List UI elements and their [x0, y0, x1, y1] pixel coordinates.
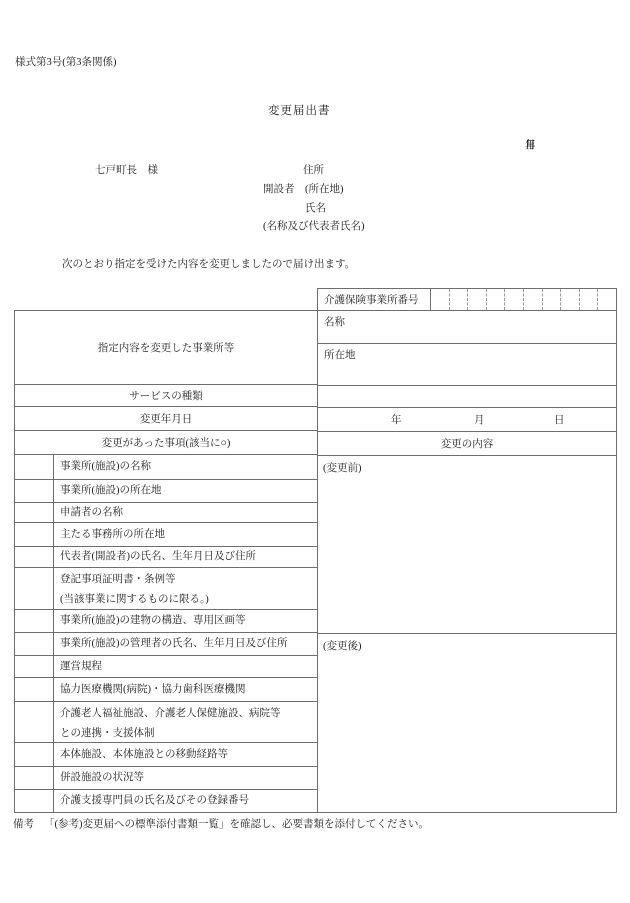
applicant-name-sub-label: (名称及び代表者氏名) — [263, 218, 365, 233]
change-date-label: 変更年月日 — [140, 411, 193, 426]
after-change-cell[interactable]: (変更後) — [318, 634, 616, 812]
insurance-number-digits — [431, 289, 616, 310]
office-name-label: 名称 — [324, 317, 345, 328]
changed-item-row: 事業所(施設)の管理者の氏名、生年月日及び住所 — [15, 633, 317, 656]
item-label: 事業所(施設)の管理者の氏名、生年月日及び住所 — [60, 634, 317, 654]
table-right-column: 名称 所在地 年 月 日 変更の内容 (変更前) (変更後) — [318, 311, 616, 812]
item-check-cell[interactable] — [15, 480, 54, 502]
item-check-cell[interactable] — [15, 743, 54, 766]
changed-item-row: 本体施設、本体施設との移動経路等 — [15, 743, 317, 767]
applicant-address-label: 住所 — [303, 162, 324, 177]
applicant-name-label: 氏名 — [305, 200, 326, 215]
addressee: 七戸町長 様 — [95, 162, 158, 177]
item-check-cell[interactable] — [15, 455, 54, 479]
item-check-cell[interactable] — [15, 610, 54, 632]
changed-office-header-cell: 指定内容を変更した事業所等 — [15, 311, 317, 385]
change-detail-header-cell: 変更の内容 — [318, 432, 616, 456]
insurance-number-digit-cell[interactable] — [523, 289, 542, 310]
item-label-line2: との連携・支援体制 — [60, 724, 317, 742]
insurance-number-label: 介護保険事業所番号 — [318, 289, 431, 310]
item-check-cell[interactable] — [15, 547, 54, 567]
changed-item-row: 主たる事務所の所在地 — [15, 523, 317, 547]
table-left-column: 指定内容を変更した事業所等 サービスの種類 変更年月日 変更があった事項(該当に… — [15, 311, 318, 812]
change-date-day-label: 日 — [554, 412, 565, 427]
change-detail-header: 変更の内容 — [441, 436, 494, 451]
item-label: 申請者の名称 — [60, 503, 317, 522]
item-label: 協力医療機関(病院)・協力歯科医療機関 — [60, 680, 317, 700]
item-label: 併設施設の状況等 — [60, 768, 317, 788]
item-label: 介護老人福祉施設、介護老人保健施設、病院等 — [60, 704, 317, 724]
changed-item-header-cell: 変更があった事項(該当に○) — [15, 431, 317, 455]
item-label: 事業所(施設)の名称 — [60, 457, 317, 477]
insurance-number-digit-cell[interactable] — [504, 289, 523, 310]
page-title: 変更届出書 — [268, 102, 331, 118]
intro-text: 次のとおり指定を受けた内容を変更しましたので届け出ます。 — [62, 256, 355, 271]
form-page: 様式第3号(第3条関係) 変更届出書 年 月 日 七戸町長 様 住所 開設者 (… — [0, 0, 630, 903]
item-label: 事業所(施設)の建物の構造、専用区画等 — [60, 611, 317, 631]
changed-item-row: 申請者の名称 — [15, 503, 317, 523]
insurance-number-digit-cell[interactable] — [486, 289, 505, 310]
changed-item-row: 介護老人福祉施設、介護老人保健施設、病院等 との連携・支援体制 — [15, 702, 317, 743]
change-date-label-cell: 変更年月日 — [15, 407, 317, 431]
change-date-value-cell[interactable]: 年 月 日 — [318, 408, 616, 432]
service-type-value-cell[interactable] — [318, 386, 616, 408]
item-check-cell[interactable] — [15, 790, 54, 812]
changed-office-label: 指定内容を変更した事業所等 — [98, 340, 235, 355]
insurance-number-digit-cell[interactable] — [449, 289, 468, 310]
remarks-label: 備考 — [13, 816, 34, 831]
insurance-number-digit-cell[interactable] — [431, 289, 449, 310]
insurance-number-row: 介護保険事業所番号 — [317, 288, 617, 310]
item-label-line2: (当該事業に関するものに限る。) — [60, 590, 317, 609]
item-label: 代表者(開設者)の氏名、生年月日及び住所 — [60, 547, 317, 567]
remarks-text: 「(参考)変更届への標準添付書類一覧」を確認し、必要書類を添付してください。 — [44, 816, 429, 831]
item-check-cell[interactable] — [15, 503, 54, 522]
item-check-cell[interactable] — [15, 568, 54, 609]
changed-item-row: 併設施設の状況等 — [15, 767, 317, 790]
changed-item-row: 事業所(施設)の名称 — [15, 455, 317, 480]
changed-item-row: 運営規程 — [15, 656, 317, 678]
changed-item-row: 事業所(施設)の建物の構造、専用区画等 — [15, 610, 317, 633]
applicant-opener-label: 開設者 (所在地) — [263, 181, 344, 196]
change-date-month-label: 月 — [474, 412, 485, 427]
change-notification-table: 指定内容を変更した事業所等 サービスの種類 変更年月日 変更があった事項(該当に… — [14, 310, 617, 813]
insurance-number-digit-cell[interactable] — [579, 289, 598, 310]
item-label: 登記事項証明書・条例等 — [60, 570, 317, 590]
item-check-cell[interactable] — [15, 702, 54, 742]
office-location-cell[interactable]: 所在地 — [318, 344, 616, 386]
item-check-cell[interactable] — [15, 633, 54, 655]
item-check-cell[interactable] — [15, 656, 54, 677]
date-day-label: 日 — [525, 137, 536, 152]
item-label: 運営規程 — [60, 657, 317, 677]
change-date-year-label: 年 — [391, 412, 402, 427]
changed-item-row: 協力医療機関(病院)・協力歯科医療機関 — [15, 678, 317, 702]
insurance-number-digit-cell[interactable] — [597, 289, 616, 310]
office-name-cell[interactable]: 名称 — [318, 311, 616, 344]
item-label: 事業所(施設)の所在地 — [60, 481, 317, 501]
item-label: 介護支援専門員の氏名及びその登録番号 — [60, 791, 317, 811]
changed-item-row: 事業所(施設)の所在地 — [15, 480, 317, 503]
changed-item-row: 介護支援専門員の氏名及びその登録番号 — [15, 790, 317, 812]
form-code: 様式第3号(第3条関係) — [15, 54, 117, 69]
item-check-cell[interactable] — [15, 678, 54, 701]
submission-date-line: 年 月 日 — [525, 137, 618, 151]
changed-item-row: 代表者(開設者)の氏名、生年月日及び住所 — [15, 547, 317, 568]
changed-item-header: 変更があった事項(該当に○) — [102, 435, 231, 450]
service-type-label-cell: サービスの種類 — [15, 385, 317, 407]
service-type-label: サービスの種類 — [129, 388, 203, 403]
insurance-number-digit-cell[interactable] — [560, 289, 579, 310]
item-check-cell[interactable] — [15, 523, 54, 546]
insurance-number-digit-cell[interactable] — [467, 289, 486, 310]
office-location-label: 所在地 — [324, 350, 356, 361]
remarks-line: 備考 「(参考)変更届への標準添付書類一覧」を確認し、必要書類を添付してください… — [13, 816, 429, 831]
after-change-label: (変更後) — [323, 641, 362, 652]
before-change-label: (変更前) — [323, 463, 362, 474]
item-label: 本体施設、本体施設との移動経路等 — [60, 745, 317, 765]
before-change-cell[interactable]: (変更前) — [318, 456, 616, 634]
changed-item-row: 登記事項証明書・条例等 (当該事業に関するものに限る。) — [15, 568, 317, 610]
item-check-cell[interactable] — [15, 767, 54, 789]
insurance-number-digit-cell[interactable] — [542, 289, 561, 310]
item-label: 主たる事務所の所在地 — [60, 525, 317, 545]
